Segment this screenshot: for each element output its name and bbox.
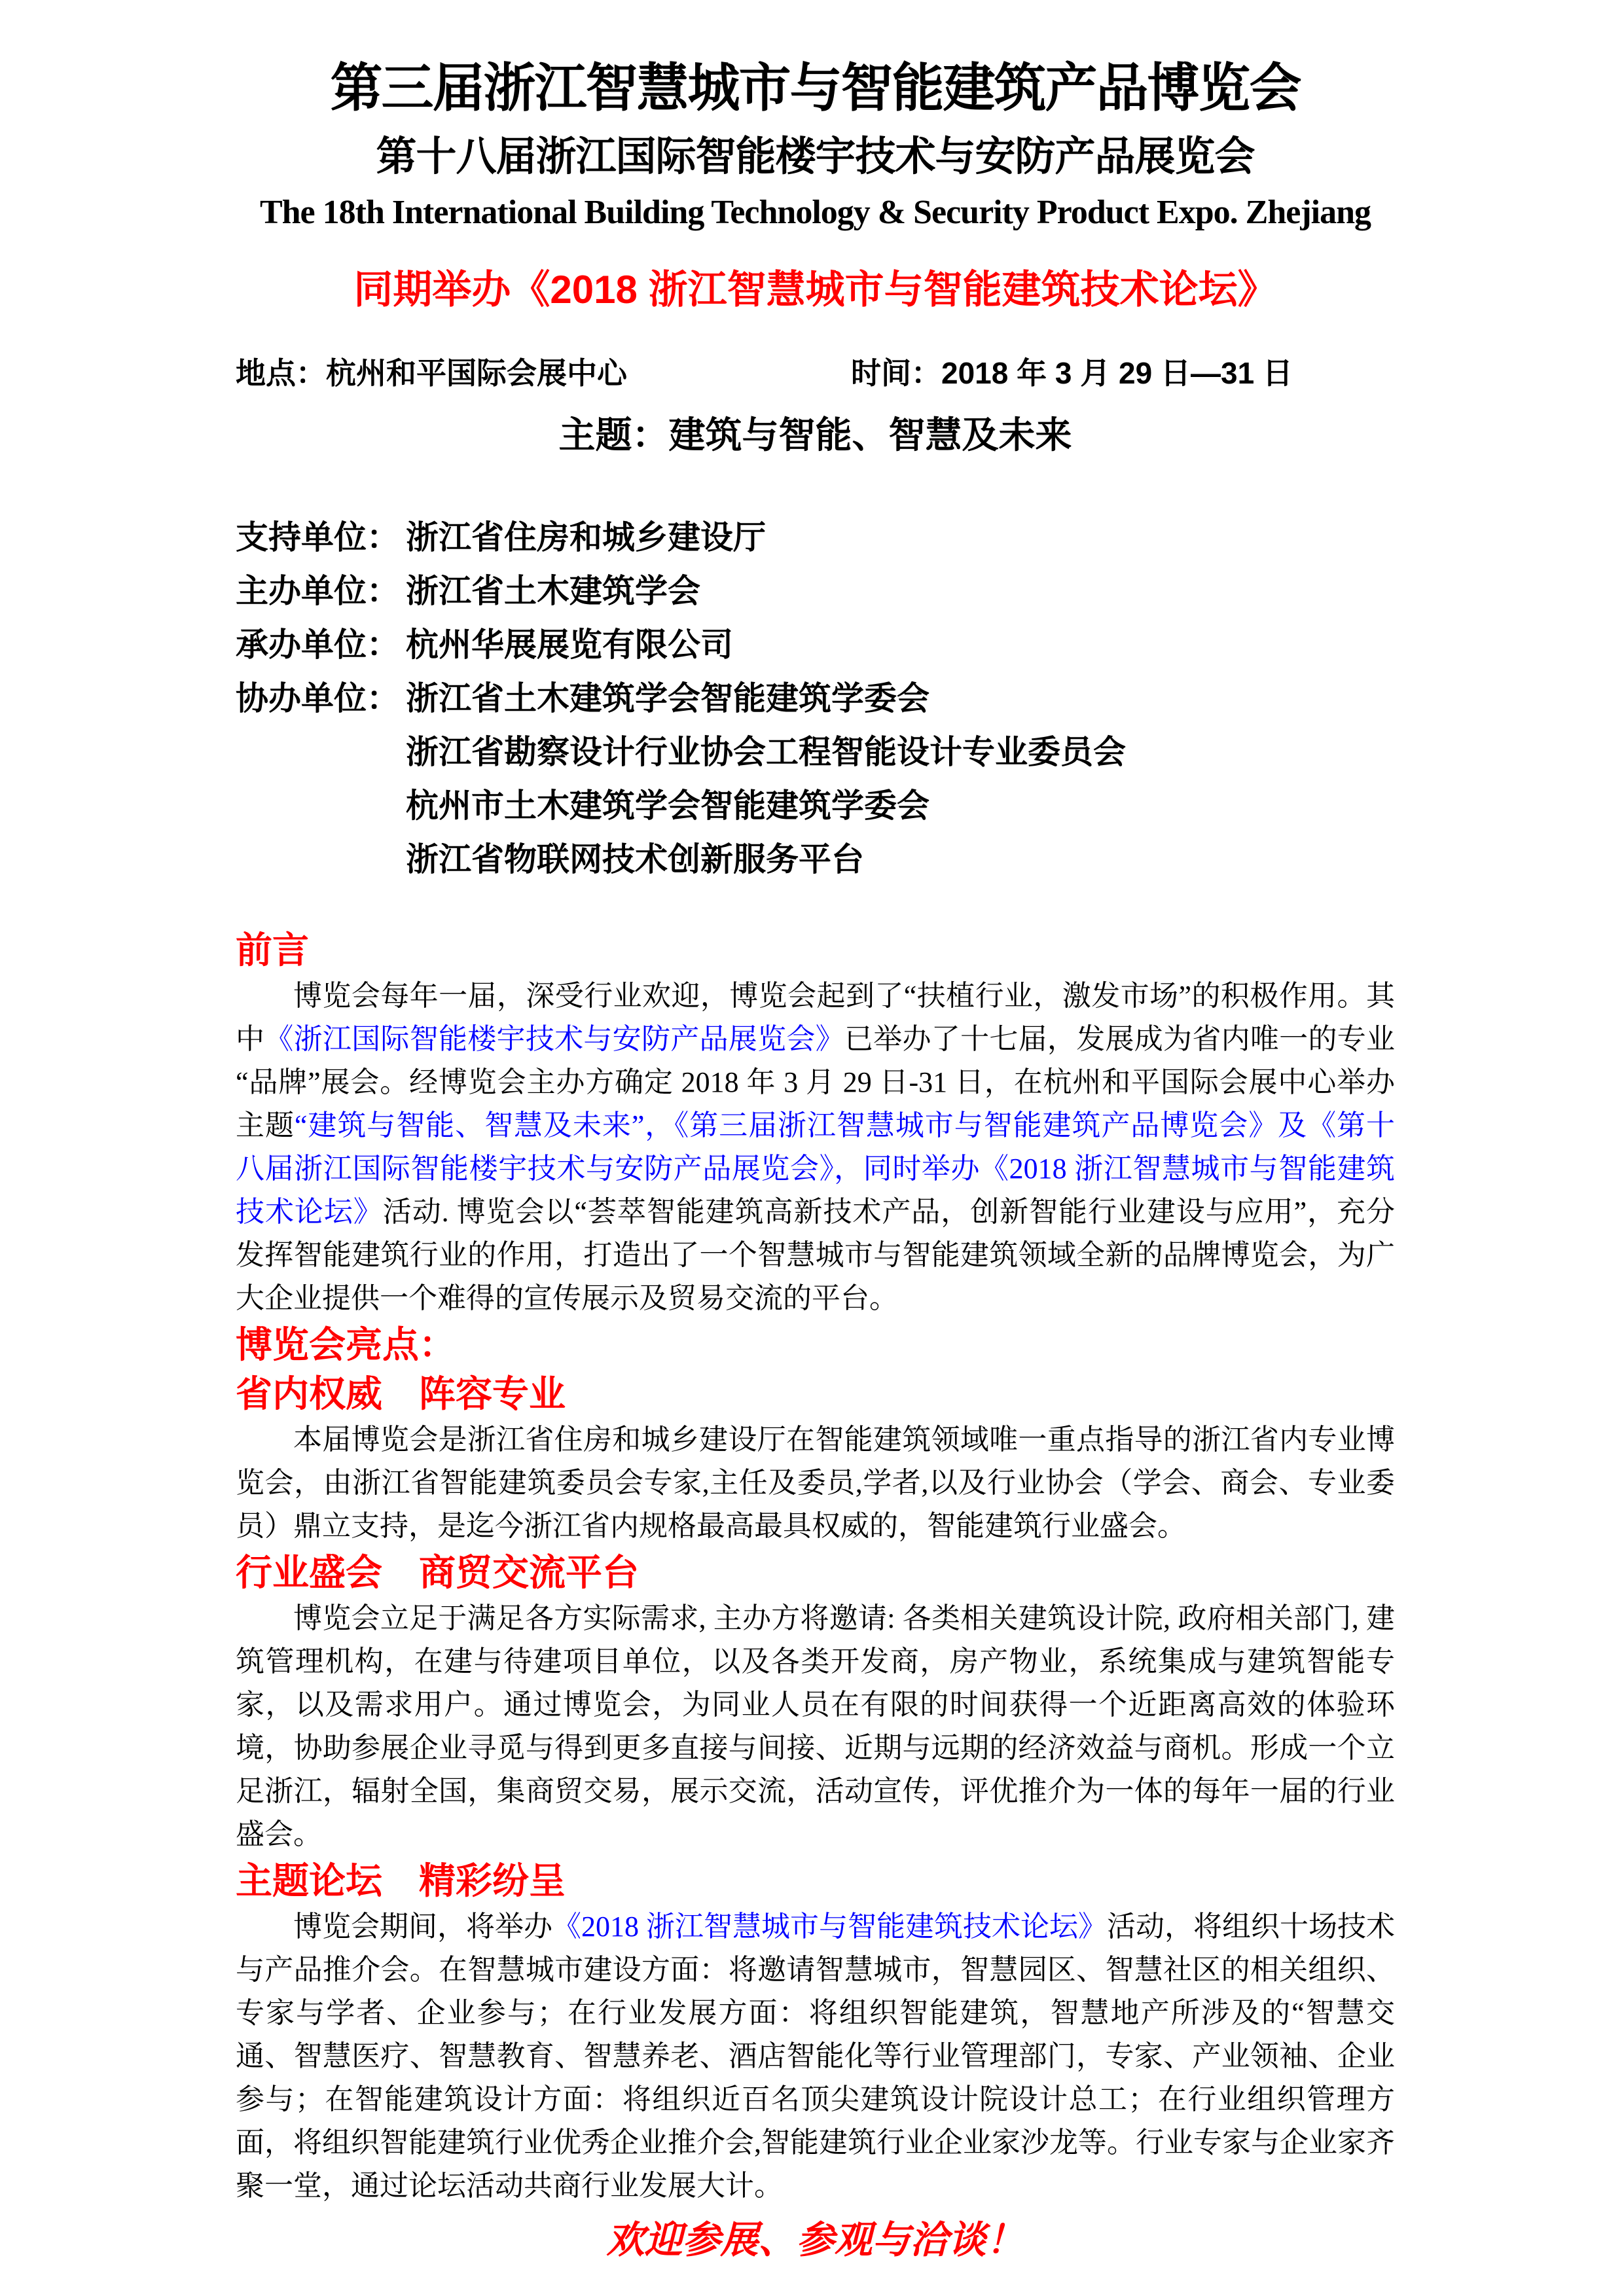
closing-invitation: 欢迎参展、参观与洽谈！ [236, 2214, 1395, 2267]
section-heading-authority: 省内权威 阵容专业 [236, 1369, 1395, 1418]
organizers-block: 支持单位： 浙江省住房和城乡建设厅 主办单位： 浙江省土木建筑学会 承办单位： … [236, 511, 1395, 886]
text-segment-blue: 《浙江国际智能楼宇技术与安防产品展览会》 [264, 1023, 844, 1055]
organizer-value: 浙江省物联网技术创新服务平台 [406, 833, 864, 886]
organizer-label [236, 833, 406, 886]
time-label: 时间：2018 年 3 月 29 日—31 日 [851, 353, 1293, 393]
organizer-value: 杭州市土木建筑学会智能建筑学委会 [406, 779, 929, 833]
organizer-label: 协办单位： [236, 672, 406, 725]
organizer-row: 协办单位： 浙江省土木建筑学会智能建筑学委会 [236, 672, 1395, 725]
section-heading-trade: 行业盛会 商贸交流平台 [236, 1548, 1395, 1597]
concurrent-event-line: 同期举办《2018 浙江智慧城市与智能建筑技术论坛》 [236, 265, 1395, 314]
section-heading-highlights: 博览会亮点： [236, 1320, 1395, 1369]
organizer-row: 杭州市土木建筑学会智能建筑学委会 [236, 779, 1395, 833]
organizer-value: 浙江省勘察设计行业协会工程智能设计专业委员会 [406, 725, 1126, 779]
organizer-value: 浙江省土木建筑学会 [406, 564, 700, 618]
location-label: 地点：杭州和平国际会展中心 [236, 353, 851, 393]
organizer-value: 杭州华展展览有限公司 [406, 618, 733, 672]
organizer-label: 主办单位： [236, 564, 406, 618]
text-segment-black: 活动，将组织十场技术与产品推介会。在智慧城市建设方面：将邀请智慧城市，智慧园区、… [236, 1910, 1395, 2202]
organizer-value: 浙江省土木建筑学会智能建筑学委会 [406, 672, 929, 725]
organizer-row: 主办单位： 浙江省土木建筑学会 [236, 564, 1395, 618]
page-subtitle: 第十八届浙江国际智能楼宇技术与安防产品展览会 [236, 131, 1395, 183]
organizer-row: 浙江省勘察设计行业协会工程智能设计专业委员会 [236, 725, 1395, 779]
section-heading-foreword: 前言 [236, 925, 1395, 975]
organizer-row: 支持单位： 浙江省住房和城乡建设厅 [236, 511, 1395, 564]
organizer-label: 支持单位： [236, 511, 406, 564]
organizer-value: 浙江省住房和城乡建设厅 [406, 511, 766, 564]
text-segment-black: 博览会期间，将举办 [293, 1910, 552, 1943]
text-segment-blue: 《2018 浙江智慧城市与智能建筑技术论坛》 [552, 1910, 1107, 1943]
foreword-paragraph: 博览会每年一届，深受行业欢迎，博览会起到了“扶植行业，激发市场”的积极作用。其中… [236, 975, 1395, 1320]
trade-paragraph: 博览会立足于满足各方实际需求, 主办方将邀请: 各类相关建筑设计院, 政府相关部… [236, 1597, 1395, 1856]
theme-line: 主题：建筑与智能、智慧及未来 [236, 412, 1395, 458]
location-time-row: 地点：杭州和平国际会展中心 时间：2018 年 3 月 29 日—31 日 [236, 353, 1395, 393]
organizer-row: 浙江省物联网技术创新服务平台 [236, 833, 1395, 886]
authority-paragraph: 本届博览会是浙江省住房和城乡建设厅在智能建筑领域唯一重点指导的浙江省内专业博览会… [236, 1418, 1395, 1548]
document-page: 第三届浙江智慧城市与智能建筑产品博览会 第十八届浙江国际智能楼宇技术与安防产品展… [0, 0, 1624, 2296]
forum-paragraph: 博览会期间，将举办《2018 浙江智慧城市与智能建筑技术论坛》活动，将组织十场技… [236, 1905, 1395, 2208]
section-heading-forum: 主题论坛 精彩纷呈 [236, 1856, 1395, 1905]
page-title: 第三届浙江智慧城市与智能建筑产品博览会 [236, 56, 1395, 121]
organizer-label [236, 725, 406, 779]
organizer-row: 承办单位： 杭州华展展览有限公司 [236, 618, 1395, 672]
organizer-label [236, 779, 406, 833]
title-english: The 18th International Building Technolo… [236, 193, 1395, 232]
organizer-label: 承办单位： [236, 618, 406, 672]
text-segment-black: 活动. 博览会以“荟萃智能建筑高新技术产品，创新智能行业建设与应用”，充分发挥智… [236, 1196, 1395, 1314]
